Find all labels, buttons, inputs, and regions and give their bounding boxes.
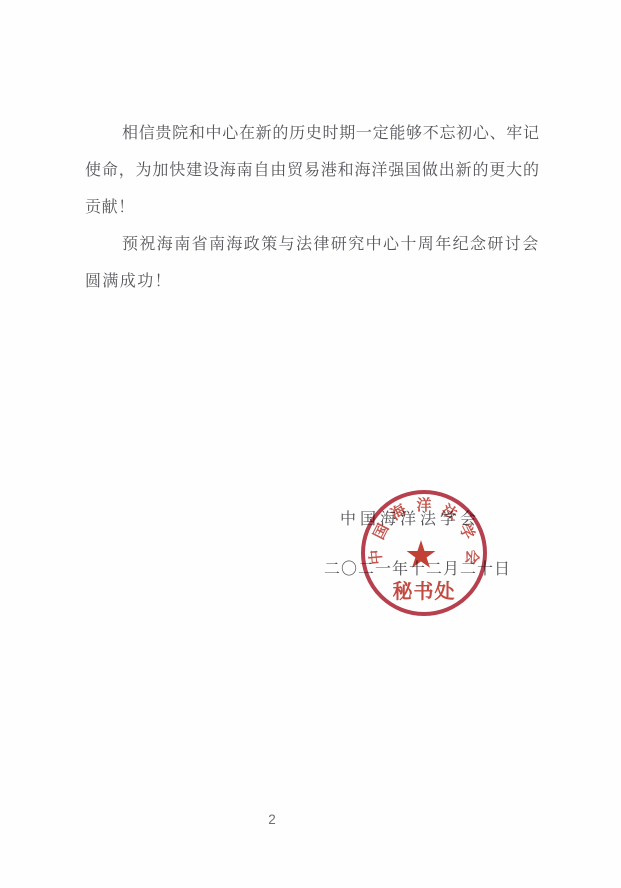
body-line: 相信贵院和中心在新的历史时期一定能够不忘初心、牢记 (85, 115, 539, 152)
seal-arc-char: 洋 (416, 498, 432, 514)
seal-department-label: 秘书处 (361, 575, 487, 604)
seal-arc-char: 中 (368, 548, 385, 565)
letter-body: 相信贵院和中心在新的历史时期一定能够不忘初心、牢记 使命，为加快建设海南自由贸易… (85, 115, 539, 300)
body-line: 贡献！ (85, 189, 539, 226)
official-seal: 中 国 海 洋 法 学 会 秘书处 (361, 490, 487, 616)
page-number: 2 (264, 812, 280, 827)
body-line: 圆满成功！ (85, 263, 539, 300)
star-icon (406, 539, 436, 568)
document-page: 相信贵院和中心在新的历史时期一定能够不忘初心、牢记 使命，为加快建设海南自由贸易… (0, 0, 621, 888)
body-line: 预祝海南省南海政策与法律研究中心十周年纪念研讨会 (85, 226, 539, 263)
seal-arc-char: 会 (462, 548, 479, 565)
body-line: 使命，为加快建设海南自由贸易港和海洋强国做出新的更大的 (85, 152, 539, 189)
